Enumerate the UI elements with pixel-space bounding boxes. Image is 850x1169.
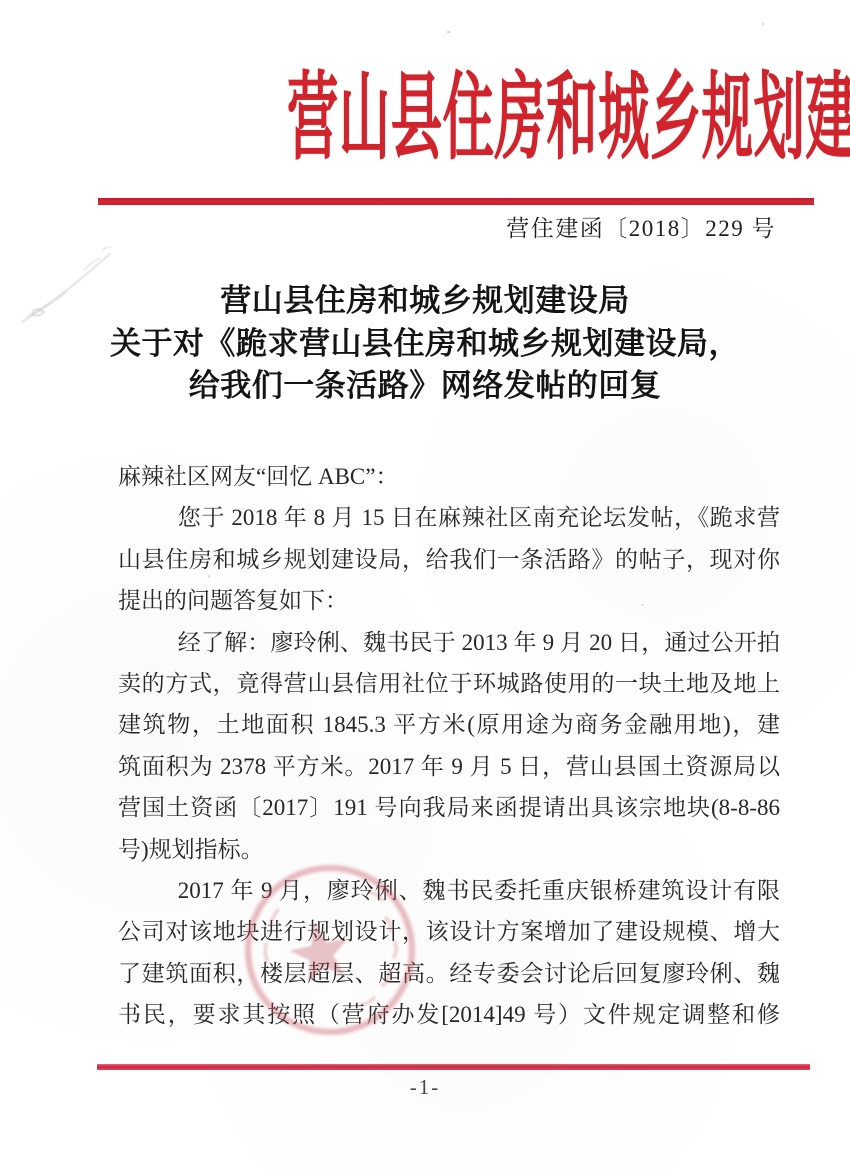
document-body: 麻辣社区网友“回忆 ABC”： 您于 2018 年 8 月 15 日在麻辣社区南… [118,456,780,1036]
body-line: 筑面积为 2378 平方米。2017 年 9 月 5 日，营山县国土资源局以 [118,746,780,787]
body-line: 提出的问题答复如下： [118,580,780,621]
body-line: 经了解：廖玲俐、魏书民于 2013 年 9 月 20 日，通过公开拍 [118,622,780,663]
salutation-line: 麻辣社区网友“回忆 ABC”： [118,456,780,497]
footer-divider-line [97,1064,810,1070]
letterhead: 营山县住房和城乡规划建设局 [0,66,850,171]
letterhead-divider-line [98,198,814,205]
body-line: 公司对该地块进行规划设计，该设计方案增加了建设规模、增大 [118,911,780,952]
body-line: 书民，要求其按照（营府办发[2014]49 号）文件规定调整和修 [118,994,780,1035]
scanned-document-page: 营山县住房和城乡规划建设局 营住建函〔2018〕229 号 营山县住房和城乡规划… [0,0,850,1169]
agency-name-masthead: 营山县住房和城乡规划建设局 [287,66,850,171]
body-line: 了建筑面积，楼层超层、超高。经专委会讨论后回复廖玲俐、魏 [118,953,780,994]
scan-speck [447,31,450,33]
scan-speck [641,604,644,606]
page-number: -1- [0,1075,850,1100]
body-line: 营国土资函〔2017〕191 号向我局来函提请出具该宗地块(8-8-86 [118,787,780,828]
document-title-line-3: 给我们一条活路》网络发帖的回复 [40,365,810,408]
document-title-line-2: 关于对《跪求营山县住房和城乡规划建设局， [40,323,810,366]
document-title: 营山县住房和城乡规划建设局 关于对《跪求营山县住房和城乡规划建设局， 给我们一条… [40,280,810,408]
scan-speck [762,23,764,25]
document-title-line-1: 营山县住房和城乡规划建设局 [40,280,810,323]
body-line: 建筑物，土地面积 1845.3 平方米(原用途为商务金融用地)，建 [118,704,780,745]
body-line: 号)规划指标。 [118,829,780,870]
body-line: 您于 2018 年 8 月 15 日在麻辣社区南充论坛发帖，《跪求营 [118,497,780,538]
body-line: 山县住房和城乡规划建设局，给我们一条活路》的帖子，现对你 [118,539,780,580]
document-reference-number: 营住建函〔2018〕229 号 [506,210,776,243]
body-line: 2017 年 9 月，廖玲俐、魏书民委托重庆银桥建筑设计有限 [118,870,780,911]
body-line: 卖的方式，竟得营山县信用社位于环城路使用的一块土地及地上 [118,663,780,704]
scan-speck [208,575,210,578]
